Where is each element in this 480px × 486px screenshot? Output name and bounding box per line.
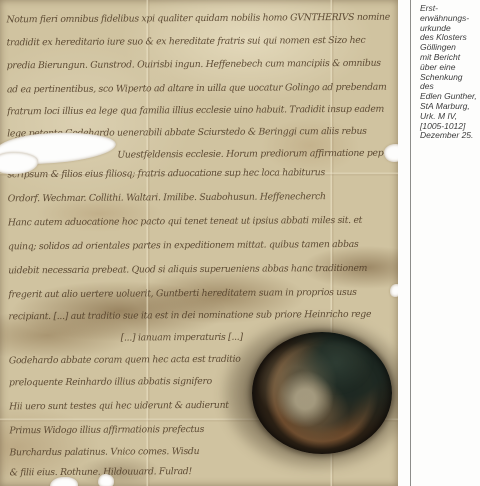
manuscript-line: quinq; solidos ad orientales partes in e… [8,236,394,257]
parchment-tear [390,284,398,297]
manuscript-line: Ordorf. Wechmar. Collithi. Waltari. Imil… [8,188,394,209]
manuscript-line: Notum fieri omnibus fidelibus xpi qualit… [6,9,392,30]
parchment-tear [384,144,398,162]
charter-photo: Notum fieri omnibus fidelibus xpi qualit… [0,0,398,486]
manuscript-line: ad ea pertinentibus, sco Wiperto ad alta… [7,79,393,100]
parchment-tear [98,474,114,486]
caption-divider-line [410,0,411,486]
manuscript-line: uidebit necessaria prebeat. Quod si aliq… [8,260,394,281]
seal-gloss-highlight [300,342,373,393]
manuscript-line: predia Bierungun. Gunstrod. Ouirisbi ing… [7,55,393,76]
manuscript-line: fregerit aut alio uertere uoluerit, Gunt… [8,284,394,305]
wax-seal [252,332,392,454]
manuscript-line: scripsum & filios eius filiosq; fratris … [7,164,393,185]
manuscript-line: Uuestfeldensis ecclesie. Horum prediorum… [117,145,393,165]
caption-column: Erst- erwähnungs- urkunde des Klosters G… [398,0,480,486]
photo-caption: Erst- erwähnungs- urkunde des Klosters G… [420,4,478,141]
manuscript-line: tradidit ex hereditario iure suo & ex he… [7,32,393,53]
parchment-tear [50,477,78,486]
manuscript-line: Hanc autem aduocatione hoc pacto qui ten… [8,212,394,233]
manuscript-line: fratrum loci illius ea lege qua familia … [7,101,393,122]
